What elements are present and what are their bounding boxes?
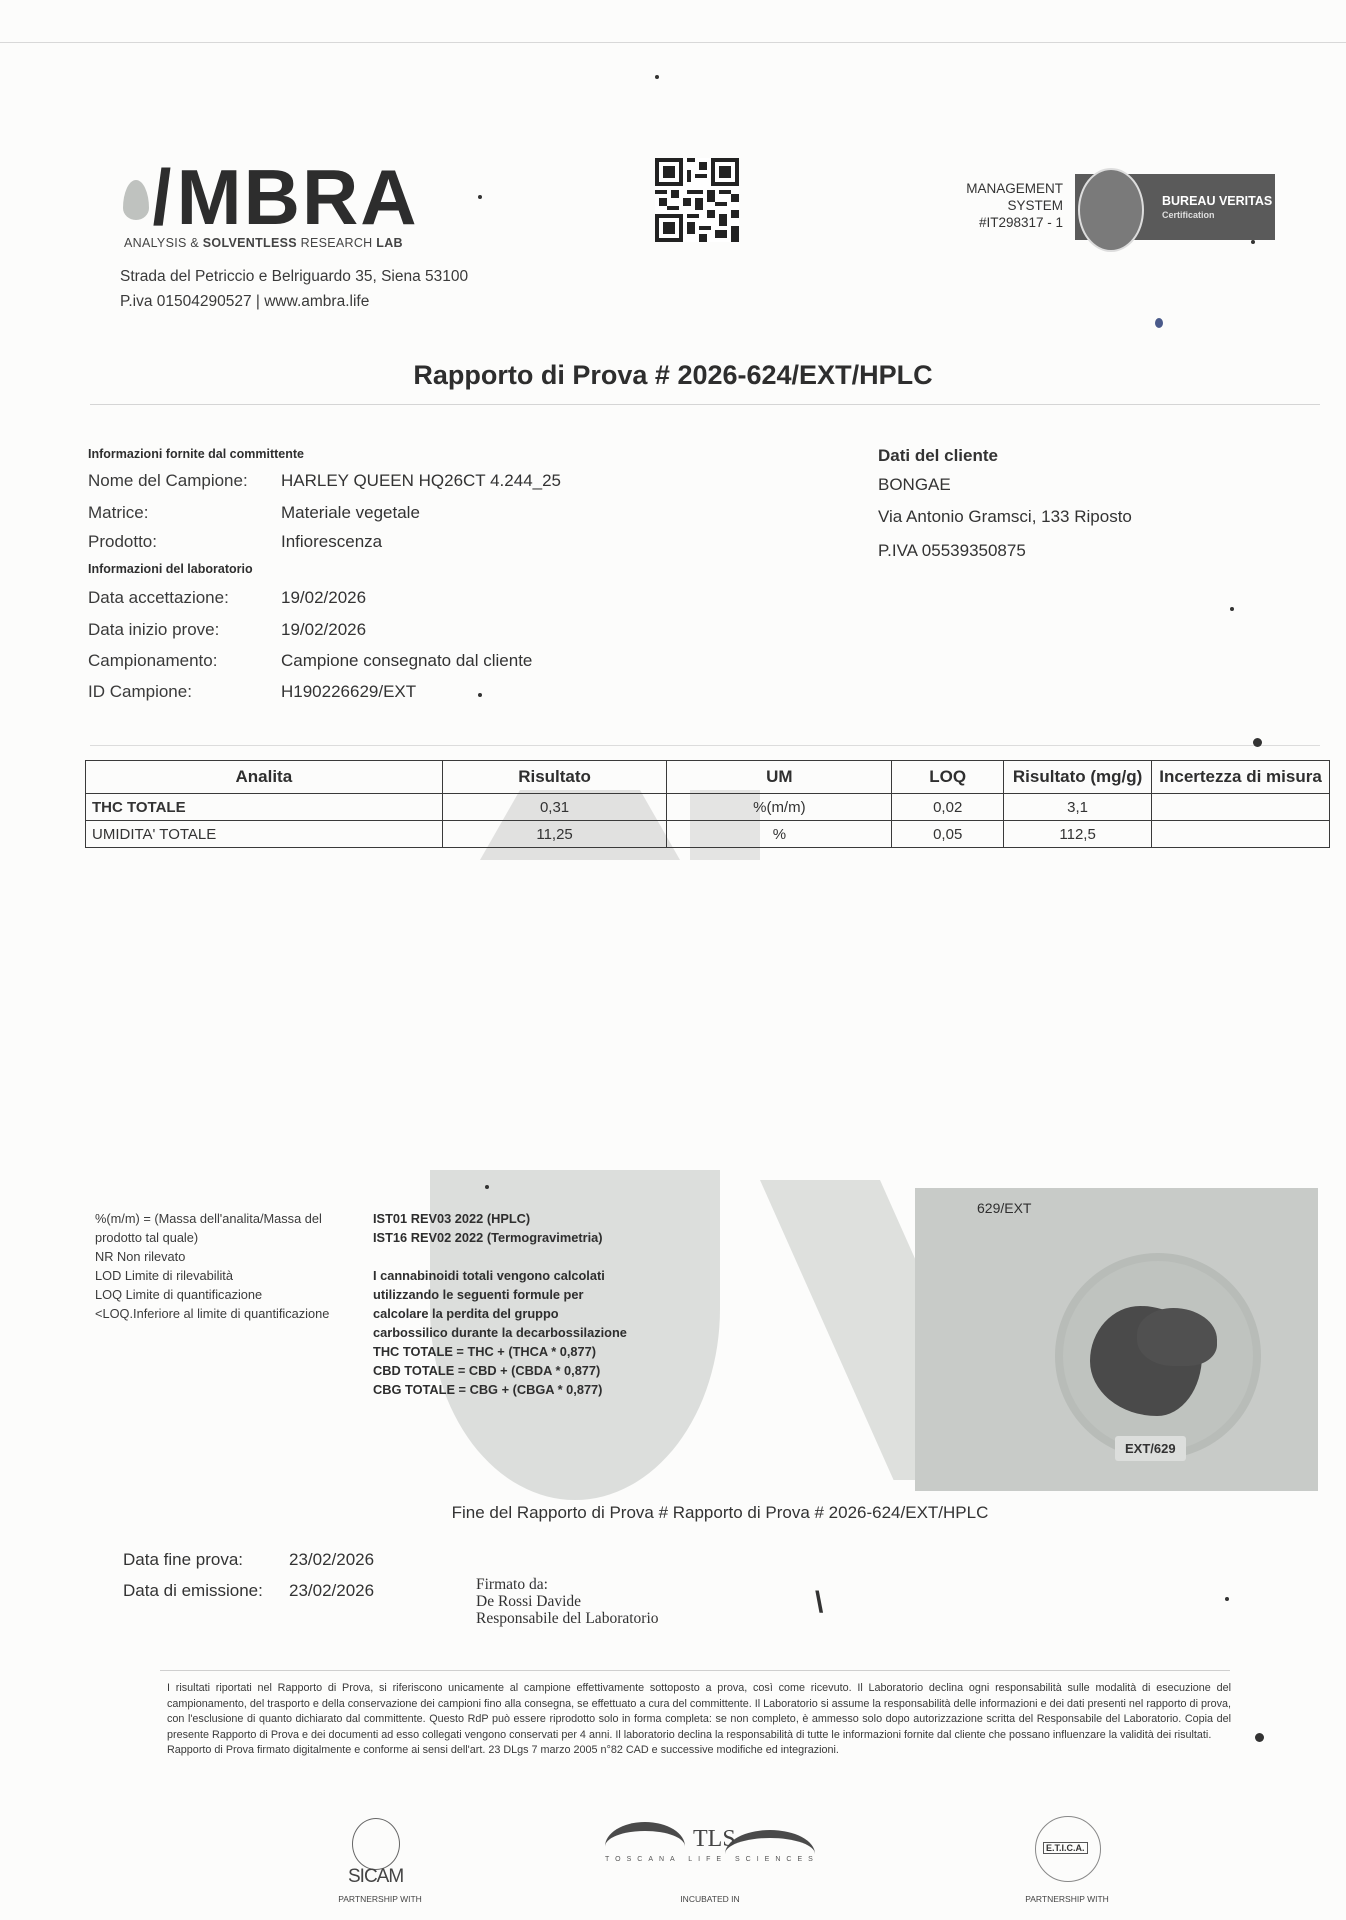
scan-speck <box>1251 240 1255 244</box>
report-title: Rapporto di Prova # 2026-624/EXT/HPLC <box>0 360 1346 391</box>
sicam-logo-icon <box>352 1818 400 1870</box>
end-date-value: 23/02/2026 <box>289 1550 374 1570</box>
methods-description: I cannabinoidi totali vengono calcolati … <box>373 1266 628 1342</box>
signature-block: Firmato da: De Rossi Davide Responsabile… <box>476 1576 659 1627</box>
bureau-veritas-seal-icon <box>1078 168 1144 252</box>
lab-info-heading: Informazioni del laboratorio <box>88 562 253 576</box>
unit-cell: %(m/m) <box>667 794 892 821</box>
management-system-text: MANAGEMENT SYSTEM #IT298317 - 1 <box>930 180 1063 231</box>
column-header: Risultato (mg/g) <box>1004 761 1152 794</box>
bureau-veritas-text: BUREAU VERITAS Certification <box>1162 194 1272 222</box>
column-header: UM <box>667 761 892 794</box>
ambra-mark-icon: \ <box>815 1586 823 1620</box>
customer-address: Via Antonio Gramsci, 133 Riposto <box>878 507 1132 527</box>
tls-name: TLS <box>693 1826 736 1853</box>
methods-block: IST01 REV03 2022 (HPLC) IST16 REV02 2022… <box>373 1209 653 1399</box>
field-label: Campionamento: <box>88 651 217 671</box>
scan-speck <box>1255 1733 1264 1742</box>
divider <box>90 404 1320 405</box>
loq-cell: 0,05 <box>892 821 1004 848</box>
column-header: Analita <box>86 761 443 794</box>
sample-photo: 629/EXT EXT/629 <box>915 1188 1318 1491</box>
customer-vat: P.IVA 05539350875 <box>878 541 1026 561</box>
sample-name-value: HARLEY QUEEN HQ26CT 4.244_25 <box>281 471 561 491</box>
field-label: Data inizio prove: <box>88 620 219 640</box>
uncertainty-cell <box>1152 821 1330 848</box>
partner-caption: PARTNERSHIP WITH <box>325 1894 435 1904</box>
top-rule <box>0 42 1346 43</box>
test-start-date-value: 19/02/2026 <box>281 620 366 640</box>
results-table: Analita Risultato UM LOQ Risultato (mg/g… <box>85 760 1330 848</box>
result-cell: 0,31 <box>442 794 667 821</box>
client-info-heading: Informazioni fornite dal committente <box>88 447 304 461</box>
table-row: UMIDITA' TOTALE 11,25 % 0,05 112,5 <box>86 821 1330 848</box>
scan-speck <box>478 693 482 697</box>
ambra-logo: \MBRA <box>123 158 419 236</box>
scan-speck <box>485 1185 489 1189</box>
scan-speck <box>1225 1597 1229 1601</box>
tls-logo-icon <box>605 1822 685 1871</box>
table-row: THC TOTALE 0,31 %(m/m) 0,02 3,1 <box>86 794 1330 821</box>
column-header: LOQ <box>892 761 1004 794</box>
loq-cell: 0,02 <box>892 794 1004 821</box>
field-label: Prodotto: <box>88 532 157 552</box>
field-label: Matrice: <box>88 503 148 523</box>
legal-disclaimer: I risultati riportati nel Rapporto di Pr… <box>167 1681 1231 1759</box>
column-header: Incertezza di misura <box>1152 761 1330 794</box>
sample-id-value: H190226629/EXT <box>281 682 416 702</box>
issue-date-value: 23/02/2026 <box>289 1581 374 1601</box>
partner-caption: PARTNERSHIP WITH <box>1012 1894 1122 1904</box>
divider <box>160 1670 1230 1671</box>
result-mg-g-cell: 3,1 <box>1004 794 1152 821</box>
field-label: ID Campione: <box>88 682 192 702</box>
tls-logo-icon <box>725 1830 815 1878</box>
customer-heading: Dati del cliente <box>878 446 998 466</box>
logo-subtitle: ANALYSIS & SOLVENTLESS RESEARCH LAB <box>124 236 403 250</box>
etica-name: E.T.I.C.A. <box>1043 1842 1088 1854</box>
qr-code-icon <box>655 158 739 242</box>
abbreviations-legend: %(m/m) = (Massa dell'analita/Massa del p… <box>95 1209 365 1323</box>
field-label: Nome del Campione: <box>88 471 248 491</box>
scan-speck <box>1155 318 1163 328</box>
table-header-row: Analita Risultato UM LOQ Risultato (mg/g… <box>86 761 1330 794</box>
customer-name: BONGAE <box>878 475 951 495</box>
product-value: Infiorescenza <box>281 532 382 552</box>
scan-speck <box>1230 607 1234 611</box>
end-date-label: Data fine prova: <box>123 1550 243 1570</box>
photo-label-tag: EXT/629 <box>1115 1436 1186 1461</box>
end-of-report: Fine del Rapporto di Prova # Rapporto di… <box>0 1503 1346 1523</box>
issue-date-label: Data di emissione: <box>123 1581 263 1601</box>
tls-subtitle: TOSCANA LIFE SCIENCES <box>605 1856 819 1863</box>
result-mg-g-cell: 112,5 <box>1004 821 1152 848</box>
scan-speck <box>655 75 659 79</box>
partner-caption: INCUBATED IN <box>660 1894 760 1904</box>
analyte-cell: THC TOTALE <box>86 794 443 821</box>
unit-cell: % <box>667 821 892 848</box>
analyte-cell: UMIDITA' TOTALE <box>86 821 443 848</box>
uncertainty-cell <box>1152 794 1330 821</box>
sampling-value: Campione consegnato dal cliente <box>281 651 532 671</box>
photo-label-top: 629/EXT <box>977 1200 1031 1216</box>
matrix-value: Materiale vegetale <box>281 503 420 523</box>
column-header: Risultato <box>442 761 667 794</box>
divider <box>90 745 1320 746</box>
field-label: Data accettazione: <box>88 588 229 608</box>
sicam-name: SICAM <box>348 1866 403 1888</box>
lab-address: Strada del Petriccio e Belriguardo 35, S… <box>120 264 468 314</box>
acceptance-date-value: 19/02/2026 <box>281 588 366 608</box>
result-cell: 11,25 <box>442 821 667 848</box>
scan-speck <box>478 195 482 199</box>
scan-speck <box>1253 738 1262 747</box>
